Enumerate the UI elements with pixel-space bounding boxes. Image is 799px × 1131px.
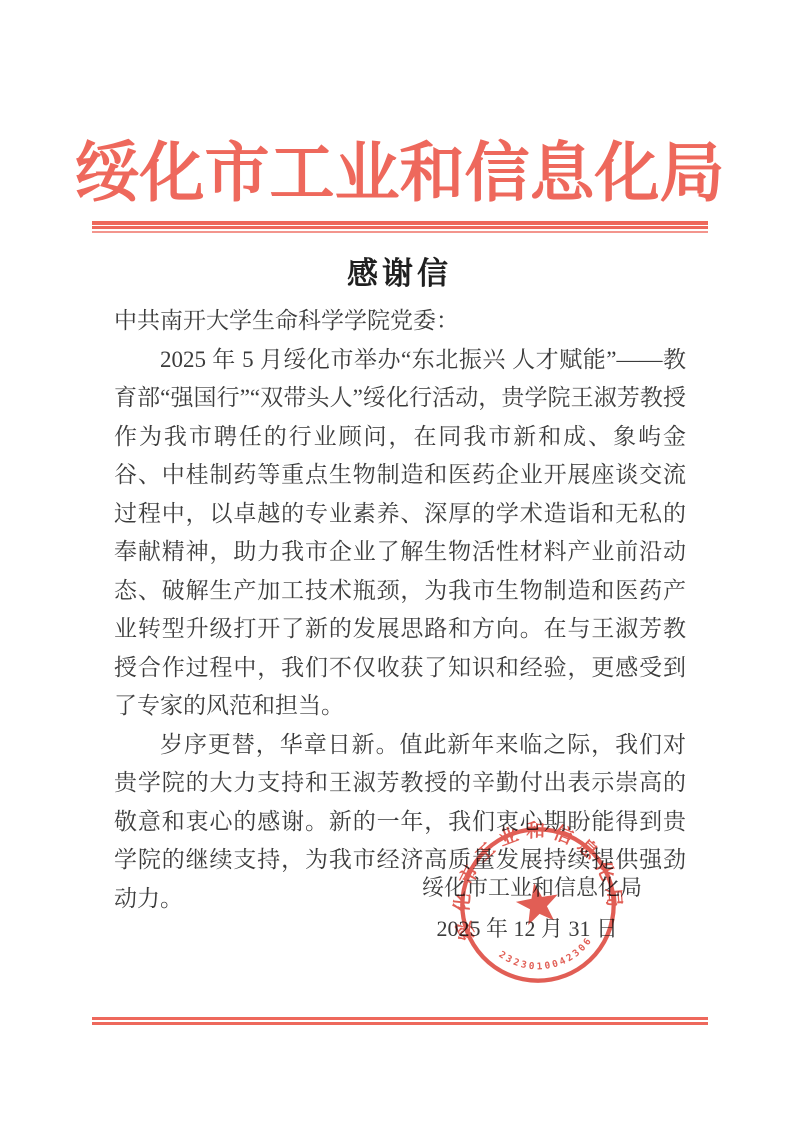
salutation: 中共南开大学生命科学学院党委： <box>114 302 686 341</box>
letter-title: 感谢信 <box>0 256 799 292</box>
footer-divider <box>92 1017 708 1025</box>
letterhead-agency-name: 绥化市工业和信息化局 <box>0 133 799 215</box>
paragraph-1: 2025 年 5 月绥化市举办“东北振兴 人才赋能”——教育部“强国行”“双带头… <box>114 341 686 726</box>
signature-agency-name: 绥化市工业和信息化局 <box>422 869 642 908</box>
letter-page: 绥化市工业和信息化局 感谢信 中共南开大学生命科学学院党委： 2025 年 5 … <box>0 0 799 1131</box>
signature-date: 2025 年 12 月 31 日 <box>436 910 618 949</box>
divider-line <box>92 1022 708 1025</box>
letterhead-divider <box>92 221 708 233</box>
divider-line <box>92 231 708 233</box>
letter-body: 中共南开大学生命科学学院党委： 2025 年 5 月绥化市举办“东北振兴 人才赋… <box>114 302 686 918</box>
